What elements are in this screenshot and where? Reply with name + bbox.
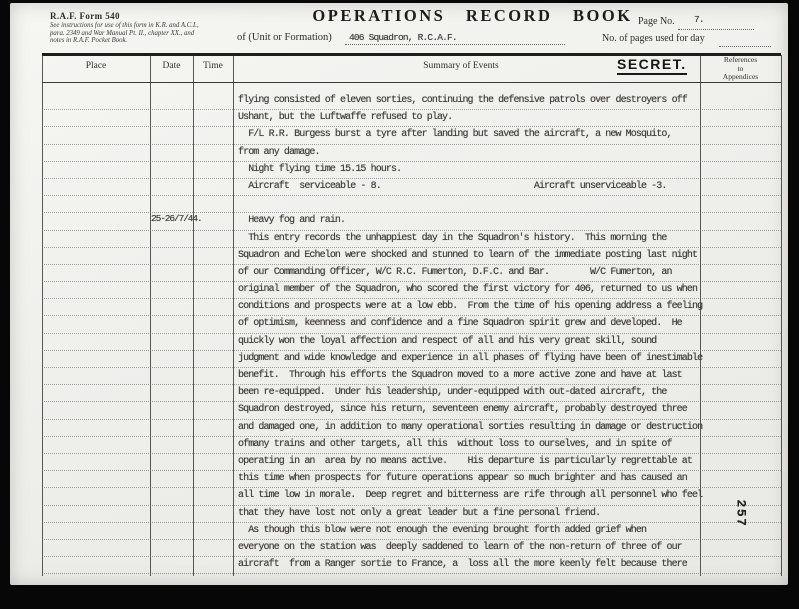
pages-used-label: No. of pages used for day	[602, 33, 705, 44]
page-no-label: Page No.	[638, 16, 675, 27]
entry-date: 25-26/7/44.	[151, 213, 202, 224]
summary-line: of optimism, keenness and confidence and…	[42, 316, 781, 333]
page-title: OPERATIONS RECORD BOOK	[300, 6, 645, 26]
summary-line: quickly won the loyal affection and resp…	[42, 334, 781, 351]
summary-line: benefit. Through his efforts the Squadro…	[42, 368, 781, 385]
summary-line: that they have lost not only a great lea…	[42, 506, 781, 523]
scanned-document: R.A.F. Form 540 See instructions for use…	[0, 0, 799, 609]
column-header-references: References to Appendices	[700, 56, 781, 82]
summary-line: of our Commanding Officer, W/C R.C. Fume…	[42, 265, 781, 282]
summary-line: F/L R.R. Burgess burst a tyre after land…	[42, 127, 781, 144]
summary-line: from any damage.	[42, 145, 781, 162]
summary-line: this time when prospects for future oper…	[42, 471, 781, 488]
summary-line: Ushant, but the Luftwaffe refused to pla…	[42, 110, 781, 127]
column-header-summary: Summary of Events	[396, 61, 526, 71]
summary-line: Night flying time 15.15 hours.	[42, 162, 781, 179]
folio-number: 257	[733, 500, 748, 528]
summary-line: conditions and prospects were at a low e…	[42, 299, 781, 316]
summary-line: and damaged one, in addition to many ope…	[42, 420, 781, 437]
references-line3: Appendices	[700, 73, 781, 82]
summary-line: Squadron destroyed, since his return, se…	[42, 402, 781, 419]
form-number: R.A.F. Form 540	[50, 11, 120, 21]
unit-label: of (Unit or Formation)	[237, 32, 332, 43]
table-header-rule	[42, 82, 781, 83]
page-no-value: 7.	[694, 14, 704, 25]
unit-value: 406 Squadron, R.C.A.F.	[349, 32, 457, 43]
summary-line: original member of the Squadron, who sco…	[42, 282, 781, 299]
form-instructions-line3: notes in R.A.F. Pocket Book.	[50, 37, 250, 45]
column-header-place: Place	[42, 61, 150, 71]
secret-stamp: SECRET.	[617, 56, 687, 75]
summary-of-events: flying consisted of eleven sorties, cont…	[42, 93, 781, 574]
summary-line: ofmany trains and other targets, all thi…	[42, 437, 781, 454]
summary-line: operating in an area by no means active.…	[42, 454, 781, 471]
table-right-border	[781, 55, 782, 576]
summary-line: been re-equipped. Under his leadership, …	[42, 385, 781, 402]
summary-line: all time low in morale. Deep regret and …	[42, 488, 781, 505]
summary-line	[42, 196, 781, 213]
summary-line: everyone on the station was deeply sadde…	[42, 540, 781, 557]
summary-line: flying consisted of eleven sorties, cont…	[42, 93, 781, 110]
pages-used-underline	[719, 35, 771, 47]
summary-line: Aircraft serviceable - 8. Aircraft unser…	[42, 179, 781, 196]
summary-line: As though this blow were not enough the …	[42, 523, 781, 540]
summary-line: This entry records the unhappiest day in…	[42, 231, 781, 248]
form-instructions-line2: para. 2349 and War Manual Pt. II., chapt…	[50, 30, 250, 38]
column-header-date: Date	[150, 61, 193, 71]
summary-line: aircraft from a Ranger sortie to France,…	[42, 557, 781, 574]
summary-line: judgment and wide knowledge and experien…	[42, 351, 781, 368]
form-instructions: See instructions for use of this form in…	[50, 22, 250, 45]
summary-line: Squadron and Echelon were shocked and st…	[42, 248, 781, 265]
page-no-underline	[678, 18, 754, 30]
form-instructions-line1: See instructions for use of this form in…	[50, 22, 250, 30]
column-header-time: Time	[193, 61, 233, 71]
